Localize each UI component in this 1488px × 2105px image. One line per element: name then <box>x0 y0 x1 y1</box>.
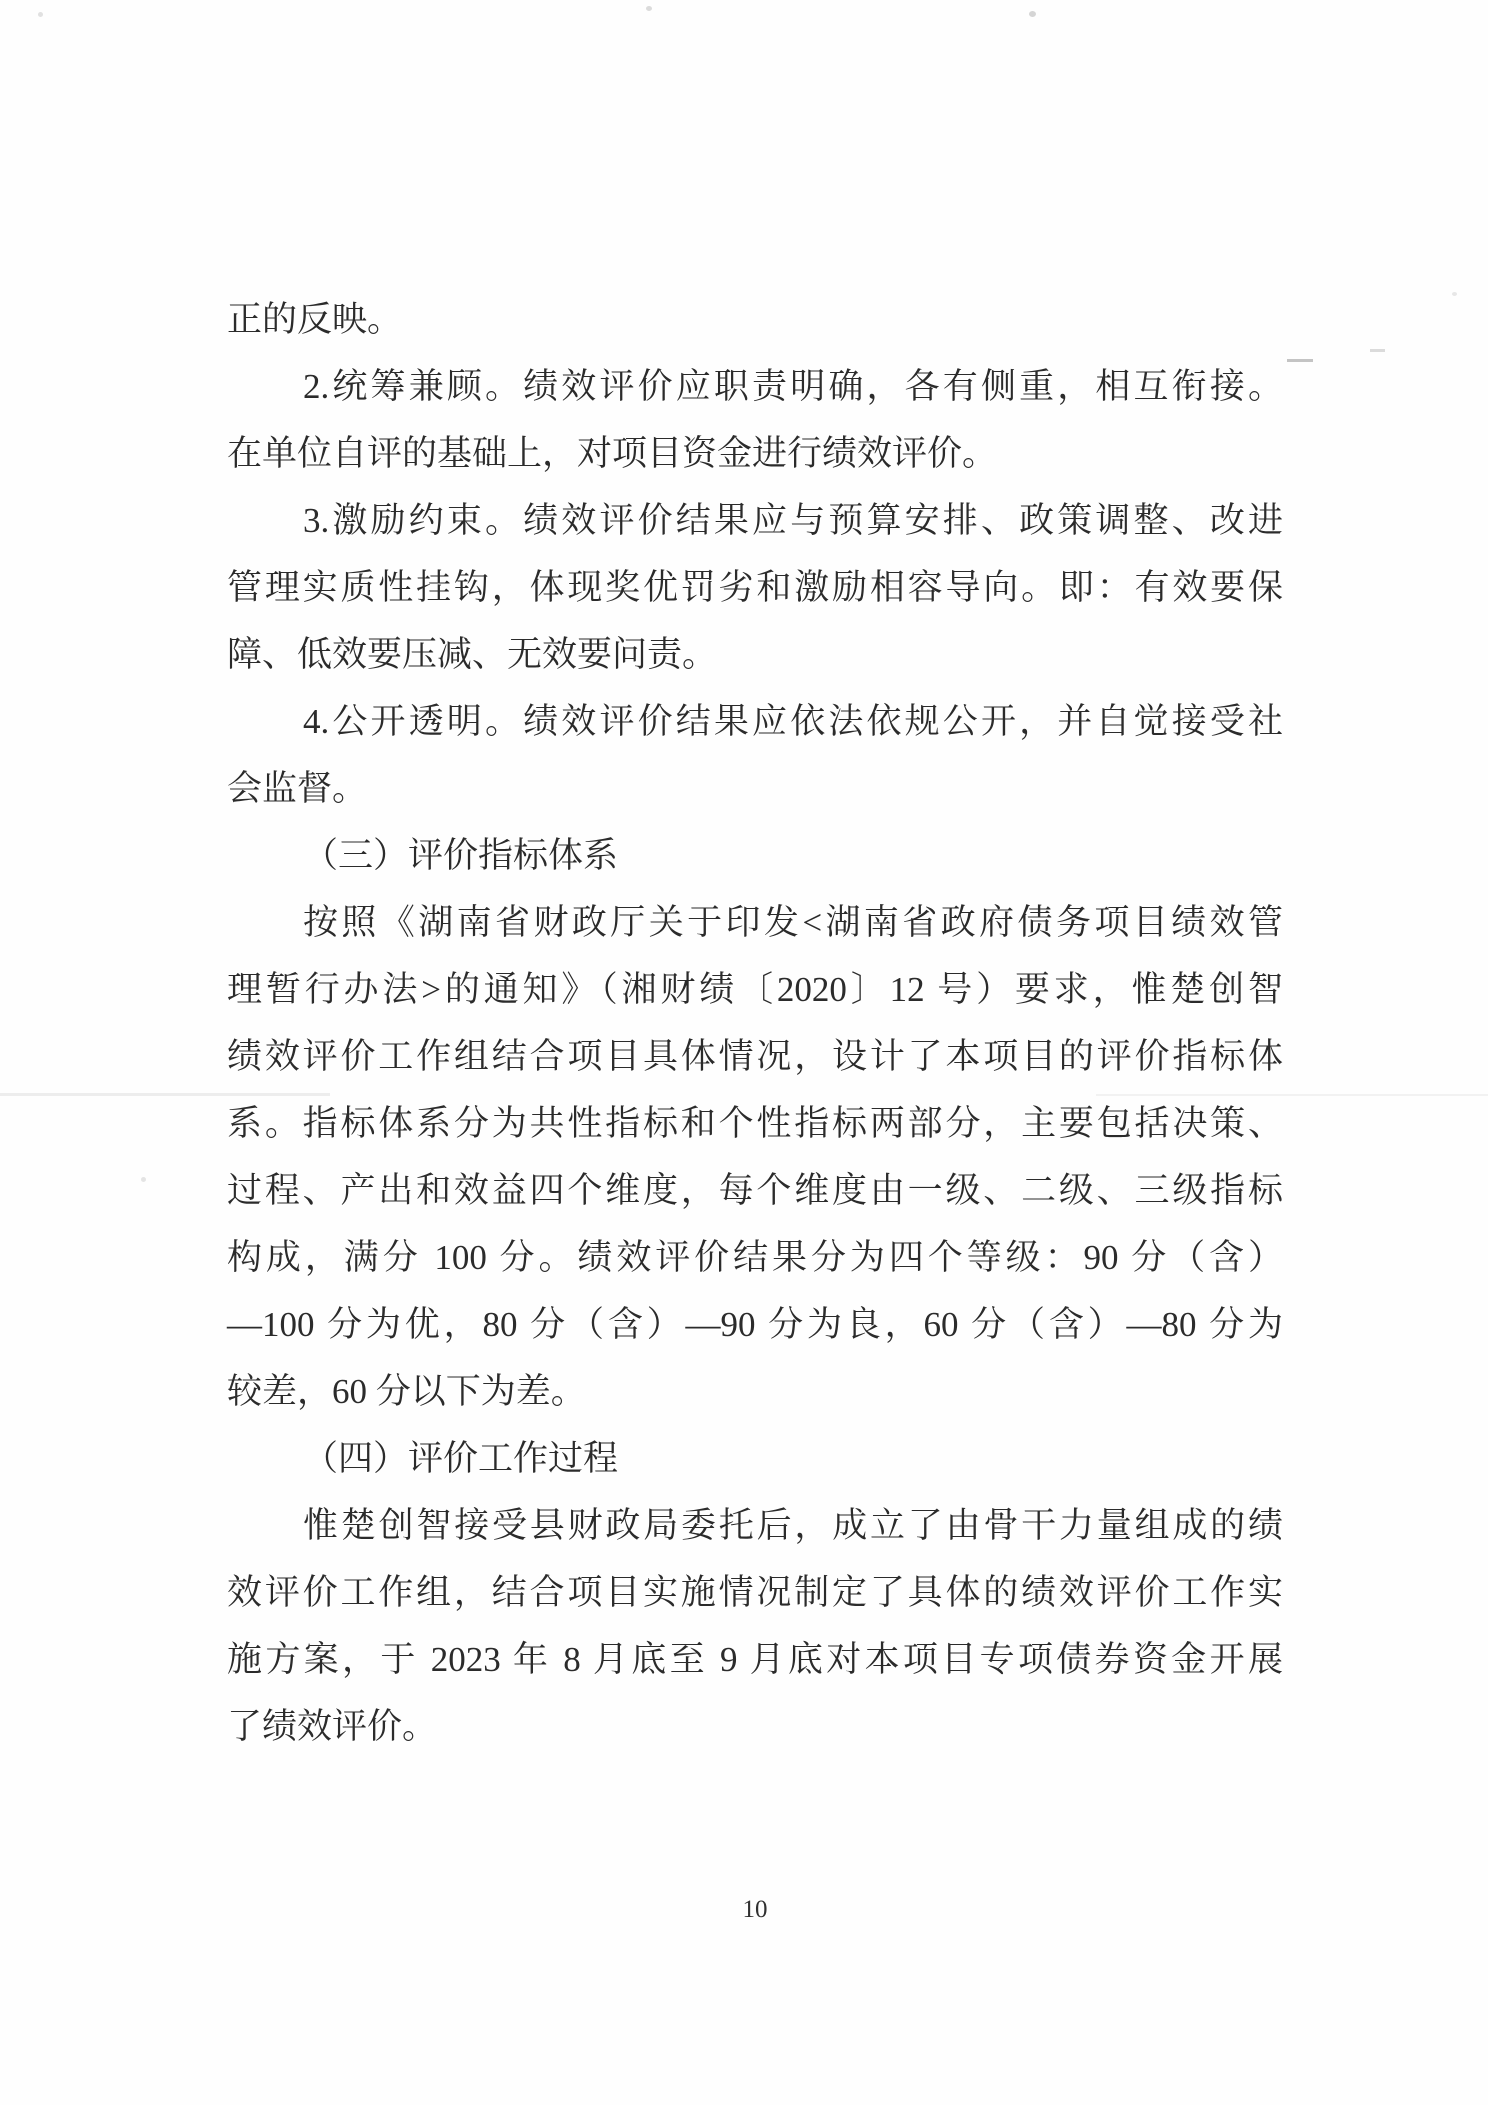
document-page: 正的反映。 2.统筹兼顾。绩效评价应职责明确，各有侧重，相互衔接。 在单位自评的… <box>0 0 1488 2105</box>
text-line: 障、低效要压减、无效要问责。 <box>227 621 1283 688</box>
text-line: 惟楚创智接受县财政局委托后，成立了由骨干力量组成的绩 <box>227 1492 1283 1559</box>
text-line: 4.公开透明。绩效评价结果应依法依规公开，并自觉接受社 <box>227 688 1283 755</box>
text-line: 系。指标体系分为共性指标和个性指标两部分，主要包括决策、 <box>227 1090 1283 1157</box>
scan-artifact <box>1287 359 1313 362</box>
page-number: 10 <box>227 1893 1283 1927</box>
text-line: 构成，满分 100 分。绩效评价结果分为四个等级：90 分（含） <box>227 1224 1283 1291</box>
text-line: 理暂行办法>的通知》（湘财绩〔2020〕12 号）要求，惟楚创智 <box>227 956 1283 1023</box>
text-line: 绩效评价工作组结合项目具体情况，设计了本项目的评价指标体 <box>227 1023 1283 1090</box>
scan-artifact <box>141 1177 146 1182</box>
text-line: 会监督。 <box>227 755 1283 822</box>
text-line: 正的反映。 <box>227 286 1283 353</box>
scan-artifact <box>1452 292 1457 296</box>
scan-artifact <box>1029 11 1036 17</box>
text-line: 在单位自评的基础上，对项目资金进行绩效评价。 <box>227 420 1283 487</box>
text-line: 了绩效评价。 <box>227 1693 1283 1760</box>
text-line: —100 分为优，80 分（含）—90 分为良，60 分（含）—80 分为 <box>227 1291 1283 1358</box>
text-line: 较差，60 分以下为差。 <box>227 1358 1283 1425</box>
section-heading-3: （三）评价指标体系 <box>227 822 1283 889</box>
text-line: 3.激励约束。绩效评价结果应与预算安排、政策调整、改进 <box>227 487 1283 554</box>
text-line: 效评价工作组，结合项目实施情况制定了具体的绩效评价工作实 <box>227 1559 1283 1626</box>
text-line: 施方案，于 2023 年 8 月底至 9 月底对本项目专项债券资金开展 <box>227 1626 1283 1693</box>
scan-artifact <box>38 12 43 17</box>
text-line: 2.统筹兼顾。绩效评价应职责明确，各有侧重，相互衔接。 <box>227 353 1283 420</box>
document-body: 正的反映。 2.统筹兼顾。绩效评价应职责明确，各有侧重，相互衔接。 在单位自评的… <box>227 286 1283 1760</box>
text-line: 按照《湖南省财政厅关于印发<湖南省政府债务项目绩效管 <box>227 889 1283 956</box>
scan-artifact <box>646 6 652 11</box>
scan-artifact <box>1370 349 1385 352</box>
text-line: 过程、产出和效益四个维度，每个维度由一级、二级、三级指标 <box>227 1157 1283 1224</box>
section-heading-4: （四）评价工作过程 <box>227 1425 1283 1492</box>
text-line: 管理实质性挂钩，体现奖优罚劣和激励相容导向。即：有效要保 <box>227 554 1283 621</box>
